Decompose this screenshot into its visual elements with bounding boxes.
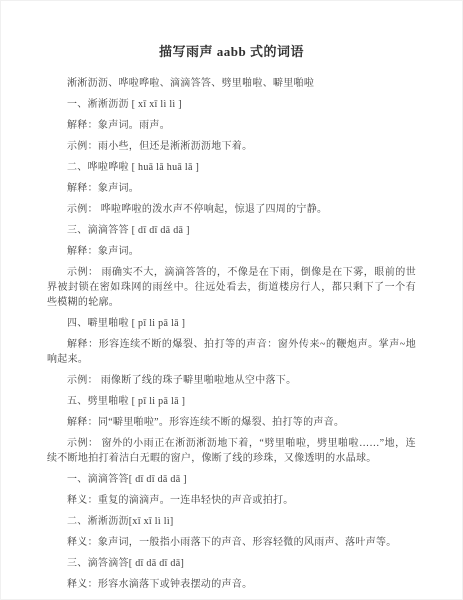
entry-example: 示例： 哗啦哗啦的泼水声不停响起，惊退了四周的宁静。: [47, 202, 416, 217]
entry-definition: 释义：形容水滴落下或钟表摆动的声音。: [47, 577, 416, 592]
entry-heading: 二、哗啦哗啦 [ huā lā huā lā ]: [47, 160, 416, 175]
entry-heading: 三、滴滴答答 [ dī dī dā dā ]: [47, 223, 416, 238]
document-page: 描写雨声 aabb 式的词语 淅淅沥沥、哗啦哗啦、滴滴答答、劈里啪啦、噼里啪啦 …: [0, 0, 463, 600]
entry-heading: 五、劈里啪啦 [ pī li pā lā ]: [47, 394, 416, 409]
entry-definition: 释义：重复的滴滴声。一连串轻快的声音或拍打。: [47, 493, 416, 508]
entry-heading: 一、滴滴答答[ dī dī dā dā ]: [47, 472, 416, 487]
entry-explanation: 解释：象声词。雨声。: [47, 118, 416, 133]
entry-explanation: 解释：同“噼里啪啦”。形容连续不断的爆裂、拍打等的声音。: [47, 415, 416, 430]
entry-heading: 四、噼里啪啦 [ pī li pā lā ]: [47, 316, 416, 331]
entry-example: 示例： 雨像断了线的珠子噼里啪啦地从空中落下。: [47, 373, 416, 388]
entry-definition: 释义：象声词，一般指小雨落下的声音、形容轻微的风雨声、落叶声等。: [47, 535, 416, 550]
entry-example: 示例： 雨确实不大，滴滴答答的，不像是在下雨，倒像是在下雾，眼前的世界被封锁在密…: [47, 265, 416, 310]
page-title: 描写雨声 aabb 式的词语: [47, 41, 416, 60]
entry-heading: 三、滴答滴答[ dī dā dī dā]: [47, 556, 416, 571]
entry-example: 示例： 窗外的小雨正在淅沥淅沥地下着，“劈里啪啦，劈里啪啦……”地，连续不断地拍…: [47, 436, 416, 466]
entry-heading: 二、淅淅沥沥[xī xī lì lì]: [47, 514, 416, 529]
entry-explanation: 解释：象声词。: [47, 181, 416, 196]
entry-explanation: 解释：形容连续不断的爆裂、拍打等的声音：窗外传来~的鞭炮声。掌声~地响起来。: [47, 337, 416, 367]
entry-explanation: 解释：象声词。: [47, 244, 416, 259]
entry-heading: 一、淅淅沥沥 [ xī xī lì lì ]: [47, 97, 416, 112]
entry-example: 示例：雨小些，但还是淅淅沥沥地下着。: [47, 139, 416, 154]
intro-paragraph: 淅淅沥沥、哗啦哗啦、滴滴答答、劈里啪啦、噼里啪啦: [47, 76, 416, 91]
